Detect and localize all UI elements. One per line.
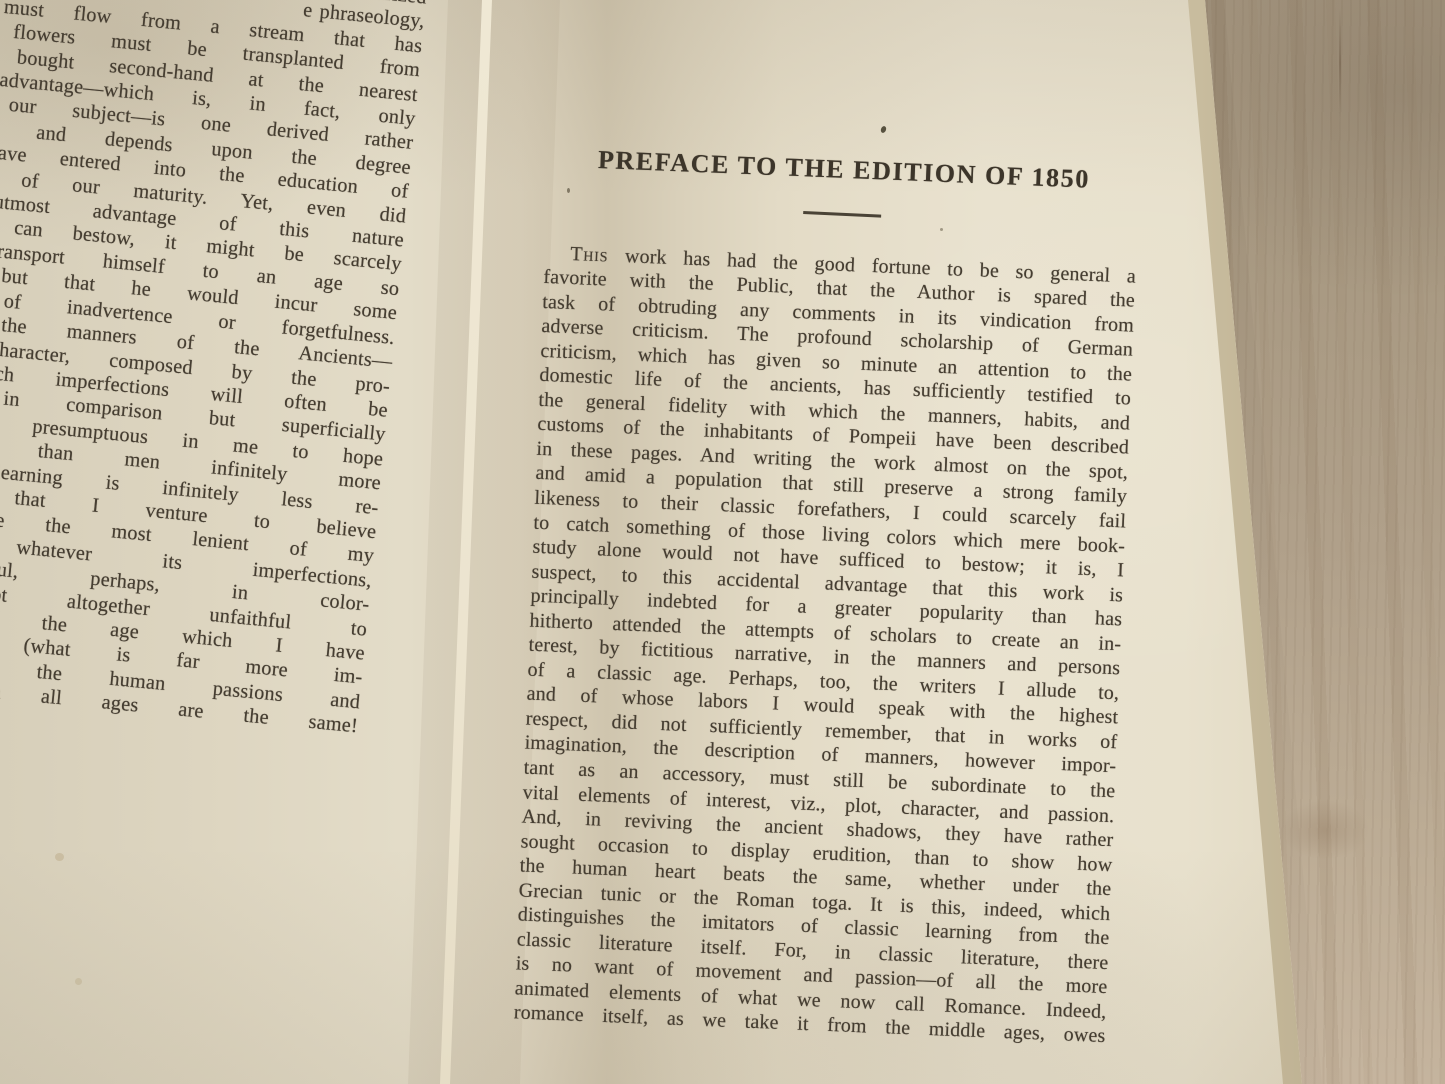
ink-speck	[940, 228, 943, 231]
photo-of-open-book: arizede phraseology,y, must flow from a …	[0, 0, 1445, 1084]
left-page-text-column: arizede phraseology,y, must flow from a …	[0, 0, 428, 739]
lead-word-small-caps: This	[570, 242, 609, 266]
paper-stain	[55, 853, 64, 861]
paper-stain	[75, 978, 82, 985]
left-page: arizede phraseology,y, must flow from a …	[0, 0, 428, 739]
right-page-text-column: This work has had the good fortune to be…	[513, 240, 1136, 1049]
title-divider-rule	[803, 211, 881, 217]
right-page: PREFACE TO THE EDITION OF 1850 This work…	[513, 138, 1140, 1049]
ink-speck	[567, 188, 570, 193]
wood-grain-scratch	[1339, 8, 1341, 118]
